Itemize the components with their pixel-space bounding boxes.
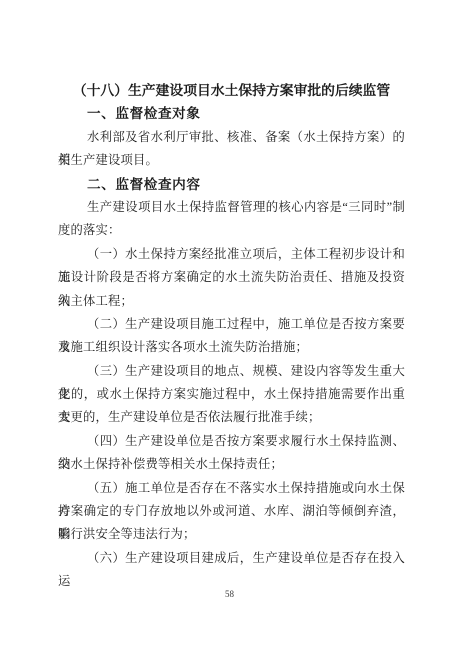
document-body: （十八）生产建设项目水土保持方案审批的后续监管一、监督检查对象水利部及省水利厅审…	[58, 79, 405, 570]
paragraph: （四）生产建设单位是否按方案要求履行水土保持监测、交纳水土保持补偿费等相关水土保…	[58, 430, 405, 477]
paragraph: （二）生产建设项目施工过程中，施工单位是否按方案要求及施工组织设计落实各项水土流…	[58, 313, 405, 360]
section-heading: 二、监督检查内容	[58, 173, 405, 196]
text-line: 工设计阶段是否将方案确定的水土流失防治责任、措施及投资纳	[58, 266, 405, 289]
text-line: （四）生产建设单位是否按方案要求履行水土保持监测、交	[58, 430, 405, 453]
paragraph: 生产建设项目水土保持监督管理的核心内容是“三同时”制度的落实：	[58, 196, 405, 243]
text-line: （六）生产建设项目建成后，生产建设单位是否存在投入运	[58, 547, 405, 570]
text-line: 纳水土保持补偿费等相关水土保持责任；	[58, 453, 405, 476]
paragraph: （五）施工单位是否存在不落实水土保持措施或向水土保持方案确定的专门存放地以外或河…	[58, 477, 405, 547]
text-line: 水利部及省水利厅审批、核准、备案（水土保持方案）的相	[58, 126, 405, 149]
paragraph: 水利部及省水利厅审批、核准、备案（水土保持方案）的相关生产建设项目。	[58, 126, 405, 173]
text-line: （十八）生产建设项目水土保持方案审批的后续监管	[58, 79, 405, 102]
text-line: 方案确定的专门存放地以外或河道、水库、湖泊等倾倒弃渣，影	[58, 500, 405, 523]
document-page: （十八）生产建设项目水土保持方案审批的后续监管一、监督检查对象水利部及省水利厅审…	[0, 0, 459, 650]
section-heading: 一、监督检查对象	[58, 102, 405, 125]
document-title: （十八）生产建设项目水土保持方案审批的后续监管	[58, 79, 405, 102]
text-line: 二、监督检查内容	[58, 173, 405, 196]
text-line: （一）水土保持方案经批准立项后，主体工程初步设计和施	[58, 243, 405, 266]
paragraph: （六）生产建设项目建成后，生产建设单位是否存在投入运	[58, 547, 405, 570]
text-line: 及施工组织设计落实各项水土流失防治措施；	[58, 336, 405, 359]
text-line: 响行洪安全等违法行为；	[58, 523, 405, 546]
text-line: （五）施工单位是否存在不落实水土保持措施或向水土保持	[58, 477, 405, 500]
text-line: 关生产建设项目。	[58, 149, 405, 172]
paragraph: （一）水土保持方案经批准立项后，主体工程初步设计和施工设计阶段是否将方案确定的水…	[58, 243, 405, 313]
page-number: 58	[0, 589, 459, 599]
text-line: 变更的，生产建设单位是否依法履行批准手续；	[58, 406, 405, 429]
text-line: 生产建设项目水土保持监督管理的核心内容是“三同时”制	[58, 196, 405, 219]
text-line: 化的，或水土保持方案实施过程中，水土保持措施需要作出重大	[58, 383, 405, 406]
text-line: 度的落实：	[58, 219, 405, 242]
paragraph: （三）生产建设项目的地点、规模、建设内容等发生重大变化的，或水土保持方案实施过程…	[58, 360, 405, 430]
text-line: 入主体工程；	[58, 290, 405, 313]
text-line: 一、监督检查对象	[58, 102, 405, 125]
text-line: （二）生产建设项目施工过程中，施工单位是否按方案要求	[58, 313, 405, 336]
text-line: （三）生产建设项目的地点、规模、建设内容等发生重大变	[58, 360, 405, 383]
